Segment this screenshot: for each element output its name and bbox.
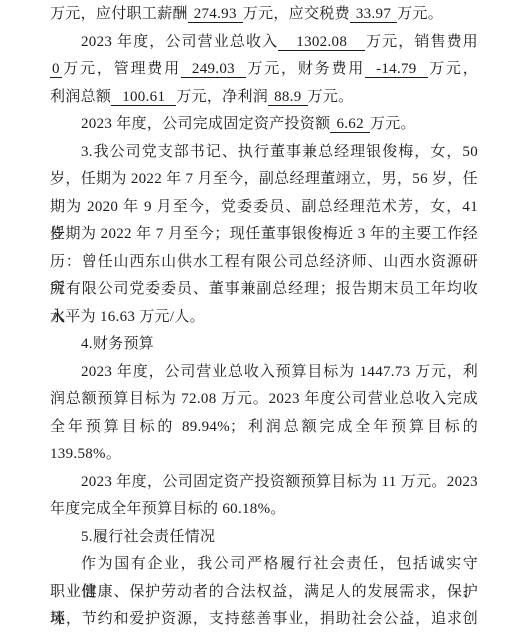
section-heading-social-responsibility: 5.履行社会责任情况 bbox=[50, 524, 478, 552]
text-segment: 万元，管理费用 bbox=[62, 61, 181, 77]
text-segment: 万元，销售费用 bbox=[365, 34, 478, 50]
text-segment: 2023 年度，公司完成固定资产投资额 bbox=[81, 116, 330, 132]
text-line: 2023 年度，公司营业总收入1302.08万元，销售费用 bbox=[50, 29, 478, 57]
text-segment: 万元。 bbox=[397, 6, 443, 22]
text-line: 所有限公司党委委员、董事兼副总经理；报告期末员工年均收入 bbox=[50, 276, 478, 304]
section-heading-finance-budget: 4.财务预算 bbox=[50, 331, 478, 359]
text-line: 2023 年度，公司固定资产投资额预算目标为 11 万元。2023 bbox=[50, 469, 478, 497]
text-line: 全年预算目标的 89.94%；利润总额完成全年预算目标的 bbox=[50, 414, 478, 442]
text-line: 水平为 16.63 万元/人。 bbox=[50, 304, 478, 332]
text-segment: 万元，应付职工薪酬 bbox=[50, 6, 188, 22]
text-segment: 万元，应交税费 bbox=[243, 6, 350, 22]
text-line: 2023 年度，公司营业总收入预算目标为 1447.73 万元，利 bbox=[50, 359, 478, 387]
text-line: 利润总额100.61万元，净利润88.9万元。 bbox=[50, 84, 478, 112]
text-line: 0万元，管理费用249.03万元，财务费用-14.79万元， bbox=[50, 56, 478, 84]
text-line: 3.我公司党支部书记、执行董事兼总经理银俊梅，女，50 bbox=[50, 139, 478, 167]
underline-value-payroll: 274.93 bbox=[188, 6, 243, 23]
underline-value-fixed-asset-investment: 6.62 bbox=[330, 116, 369, 133]
document-page: 万元，应付职工薪酬274.93万元，应交税费33.97万元。 2023 年度，公… bbox=[0, 0, 531, 633]
underline-value-selling-expense: 0 bbox=[50, 61, 62, 78]
text-line: 2023 年度，公司完成固定资产投资额6.62万元。 bbox=[50, 111, 478, 139]
underline-value-net-profit: 88.9 bbox=[268, 89, 307, 106]
underline-value-total-profit: 100.61 bbox=[111, 89, 176, 106]
text-segment: 万元。 bbox=[370, 116, 416, 132]
text-line: 万元，应付职工薪酬274.93万元，应交税费33.97万元。 bbox=[50, 1, 478, 29]
text-line: 历：曾任山西东山供水工程有限公司总经济师、山西水资源研究 bbox=[50, 249, 478, 277]
text-segment: 利润总额 bbox=[50, 89, 111, 105]
text-segment: 万元， bbox=[428, 61, 478, 77]
text-line: 年度完成全年预算目标的 60.18%。 bbox=[50, 496, 478, 524]
text-line: 139.58%。 bbox=[50, 441, 478, 469]
underline-value-admin-expense: 249.03 bbox=[181, 61, 246, 78]
text-line: 作为国有企业，我公司严格履行社会责任，包括诚实守信、 bbox=[50, 551, 478, 579]
text-line: 期为 2020 年 9 月至今，党委委员、副总经理范术芳，女，41 岁， bbox=[50, 194, 478, 222]
text-line: 职业健康、保护劳动者的合法权益，满足人的发展需求，保护环 bbox=[50, 579, 478, 607]
text-line: 润总额预算目标为 72.08 万元。2023 年度公司营业总收入完成 bbox=[50, 386, 478, 414]
text-segment: 万元。 bbox=[308, 89, 354, 105]
text-segment: 万元，净利润 bbox=[176, 89, 268, 105]
text-line: 岁，任期为 2022 年 7 月至今，副总经理董翊立，男，56 岁，任 bbox=[50, 166, 478, 194]
text-line: 任期为 2022 年 7 月至今；现任董事银俊梅近 3 年的主要工作经 bbox=[50, 221, 478, 249]
text-line: 境，节约和爱护资源，支持慈善事业，捐助社会公益，追求创新、 bbox=[50, 606, 478, 633]
text-segment: 万元，财务费用 bbox=[246, 61, 365, 77]
underline-value-taxes-payable: 33.97 bbox=[350, 6, 397, 23]
underline-value-total-revenue: 1302.08 bbox=[278, 34, 365, 51]
underline-value-finance-expense: -14.79 bbox=[365, 61, 428, 78]
text-segment: 2023 年度，公司营业总收入 bbox=[81, 34, 278, 50]
